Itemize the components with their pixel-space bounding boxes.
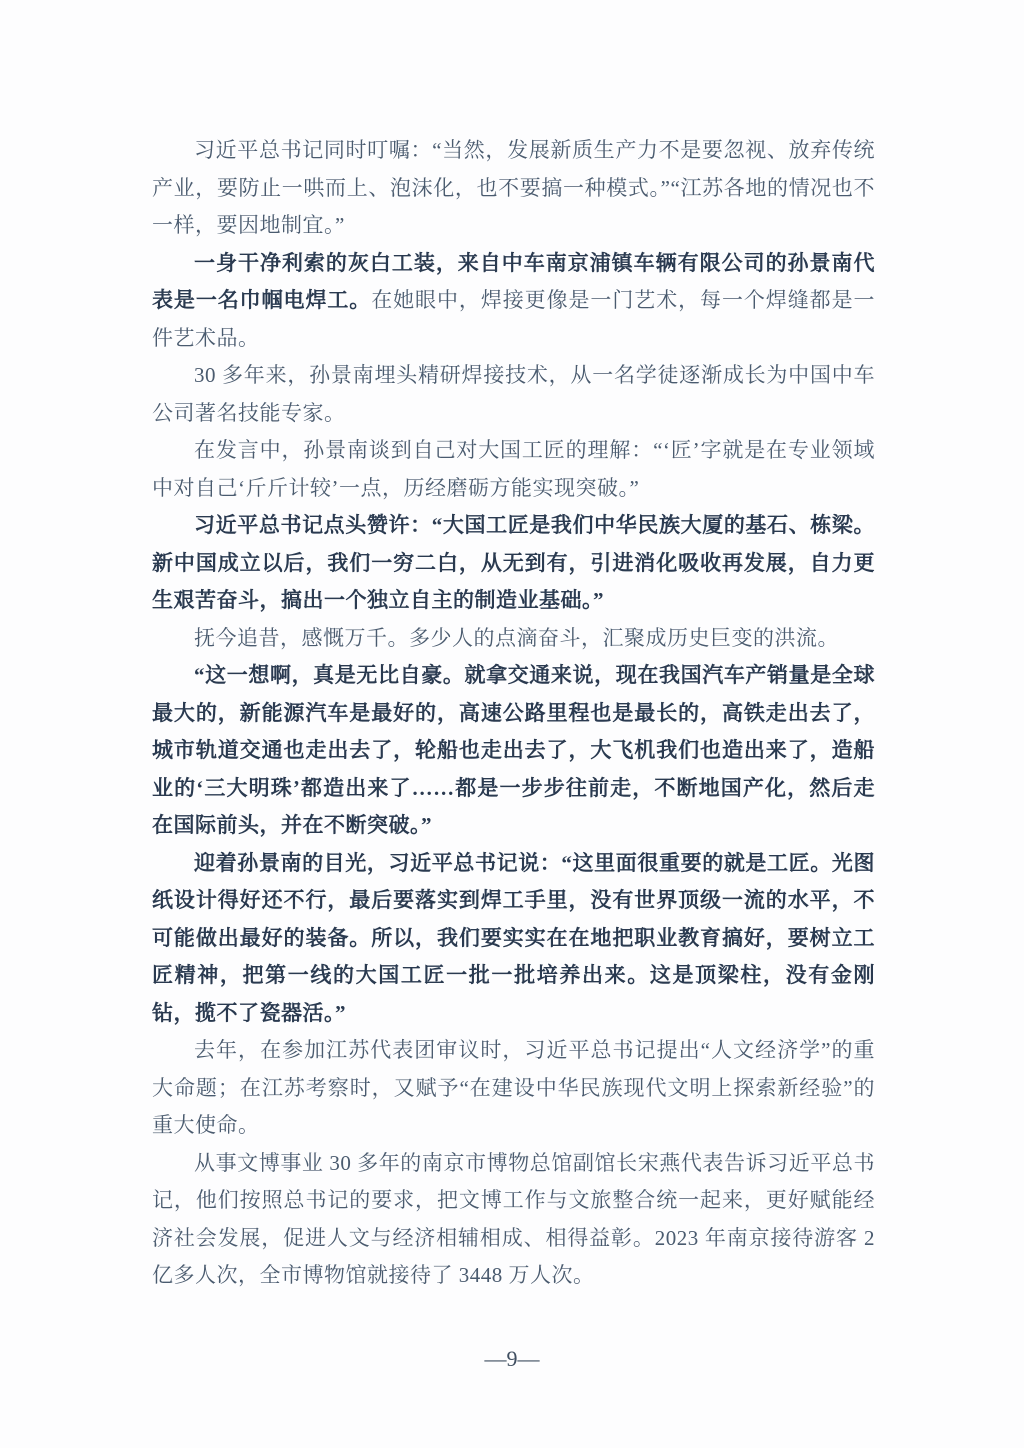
paragraph-3: 30 多年来，孙景南埋头精研焊接技术，从一名学徒逐渐成长为中国中车公司著名技能专… bbox=[152, 357, 875, 432]
paragraph-5-text: 习近平总书记点头赞许：“大国工匠是我们中华民族大厦的基石、栋梁。新中国成立以后，… bbox=[152, 513, 875, 612]
paragraph-1-text: 习近平总书记同时叮嘱：“当然，发展新质生产力不是要忽视、放弃传统产业，要防止一哄… bbox=[152, 138, 875, 237]
paragraph-7: “这一想啊，真是无比自豪。就拿交通来说，现在我国汽车产销量是全球最大的，新能源汽… bbox=[152, 657, 875, 845]
paragraph-10-text: 从事文博事业 30 多年的南京市博物总馆副馆长宋燕代表告诉习近平总书记，他们按照… bbox=[152, 1151, 875, 1288]
paragraph-5: 习近平总书记点头赞许：“大国工匠是我们中华民族大厦的基石、栋梁。新中国成立以后，… bbox=[152, 507, 875, 620]
paragraph-4: 在发言中，孙景南谈到自己对大国工匠的理解：“‘匠’字就是在专业领域中对自己‘斤斤… bbox=[152, 432, 875, 507]
paragraph-6-text: 抚今追昔，感慨万千。多少人的点滴奋斗，汇聚成历史巨变的洪流。 bbox=[194, 626, 839, 650]
paragraph-4-text: 在发言中，孙景南谈到自己对大国工匠的理解：“‘匠’字就是在专业领域中对自己‘斤斤… bbox=[152, 438, 875, 500]
paragraph-1: 习近平总书记同时叮嘱：“当然，发展新质生产力不是要忽视、放弃传统产业，要防止一哄… bbox=[152, 132, 875, 245]
paragraph-9: 去年，在参加江苏代表团审议时，习近平总书记提出“人文经济学”的重大命题；在江苏考… bbox=[152, 1032, 875, 1145]
paragraph-7-text: “这一想啊，真是无比自豪。就拿交通来说，现在我国汽车产销量是全球最大的，新能源汽… bbox=[152, 663, 875, 837]
paragraph-3-text: 30 多年来，孙景南埋头精研焊接技术，从一名学徒逐渐成长为中国中车公司著名技能专… bbox=[152, 363, 875, 425]
paragraph-8: 迎着孙景南的目光，习近平总书记说：“这里面很重要的就是工匠。光图纸设计得好还不行… bbox=[152, 845, 875, 1033]
paragraph-2: 一身干净利索的灰白工装，来自中车南京浦镇车辆有限公司的孙景南代表是一名巾帼电焊工… bbox=[152, 245, 875, 358]
document-page: 习近平总书记同时叮嘱：“当然，发展新质生产力不是要忽视、放弃传统产业，要防止一哄… bbox=[0, 0, 1024, 1448]
paragraph-6: 抚今追昔，感慨万千。多少人的点滴奋斗，汇聚成历史巨变的洪流。 bbox=[152, 620, 875, 658]
paragraph-9-text: 去年，在参加江苏代表团审议时，习近平总书记提出“人文经济学”的重大命题；在江苏考… bbox=[152, 1038, 875, 1137]
page-number: —9— bbox=[0, 1344, 1024, 1374]
paragraph-10: 从事文博事业 30 多年的南京市博物总馆副馆长宋燕代表告诉习近平总书记，他们按照… bbox=[152, 1145, 875, 1295]
document-body: 习近平总书记同时叮嘱：“当然，发展新质生产力不是要忽视、放弃传统产业，要防止一哄… bbox=[152, 132, 875, 1295]
paragraph-8-text: 迎着孙景南的目光，习近平总书记说：“这里面很重要的就是工匠。光图纸设计得好还不行… bbox=[152, 851, 875, 1025]
